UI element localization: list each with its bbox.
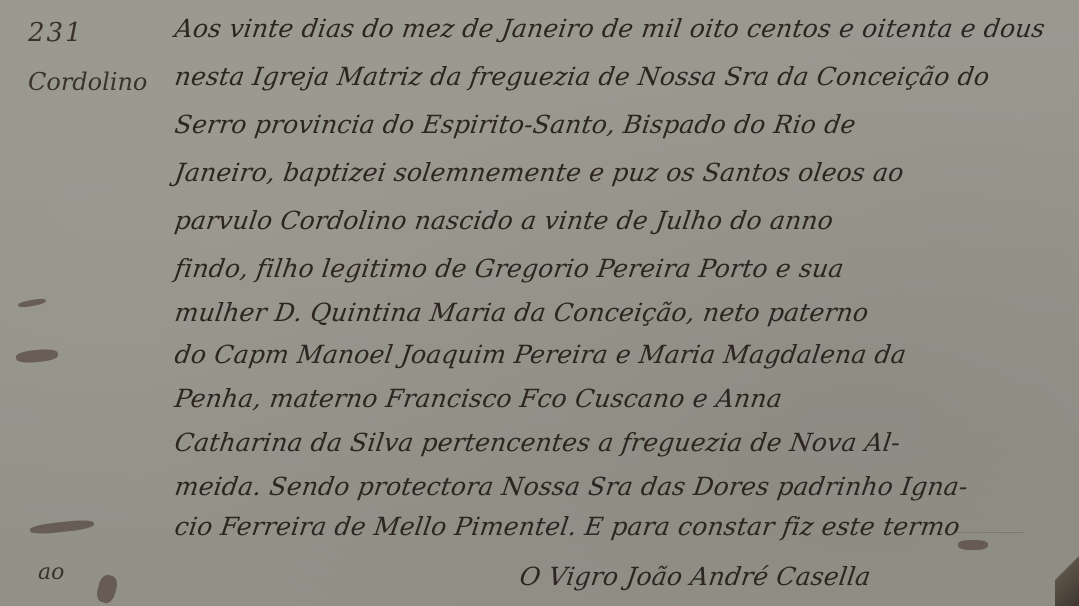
ink-blot [958, 540, 988, 550]
text-line-4: Janeiro, baptizei solemnemente e puz os … [173, 158, 906, 187]
margin-note: ao [38, 560, 64, 585]
margin-child-name: Cordolino [28, 68, 147, 96]
text-line-7: mulher D. Quintina Maria da Conceição, n… [173, 298, 870, 327]
ink-blot [95, 573, 120, 605]
entry-number: 231 [28, 18, 84, 48]
register-page: 231 Cordolino Aos vinte dias do mez de J… [0, 0, 1079, 606]
priest-signature: O Vigro João André Casella [518, 562, 873, 591]
text-line-10: Catharina da Silva pertencentes a fregue… [173, 428, 902, 457]
text-line-5: parvulo Cordolino nascido a vinte de Jul… [173, 206, 835, 235]
text-line-8: do Capm Manoel Joaquim Pereira e Maria M… [173, 340, 908, 369]
ruled-line [955, 532, 1025, 533]
page-edge-tear [1055, 546, 1079, 606]
text-line-1: Aos vinte dias do mez de Janeiro de mil … [173, 14, 1047, 43]
ink-blot [18, 298, 47, 309]
text-line-12: cio Ferreira de Mello Pimentel. E para c… [173, 512, 962, 541]
text-line-3: Serro provincia do Espirito-Santo, Bispa… [173, 110, 858, 139]
ink-blot [30, 519, 95, 536]
text-line-2: nesta Igreja Matriz da freguezia de Noss… [173, 62, 992, 91]
text-line-6: findo, filho legitimo de Gregorio Pereir… [173, 254, 846, 283]
text-line-9: Penha, materno Francisco Fco Cuscano e A… [173, 384, 784, 413]
ink-blot [16, 348, 59, 364]
text-line-11: meida. Sendo protectora Nossa Sra das Do… [173, 472, 970, 501]
